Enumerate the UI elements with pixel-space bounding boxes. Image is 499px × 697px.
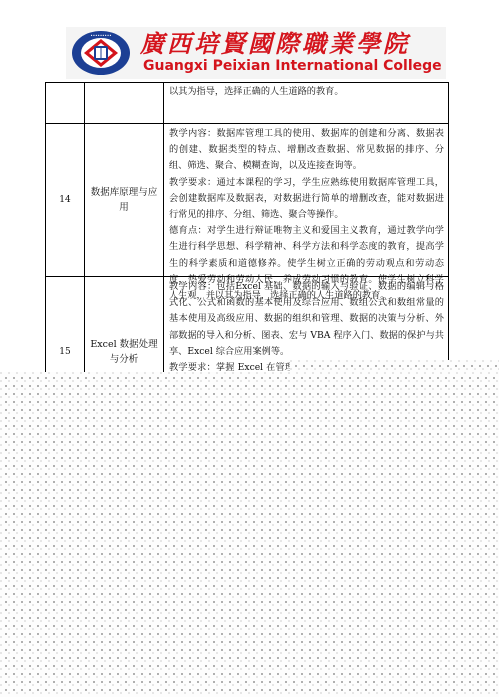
course-number-cell: 14 <box>45 124 85 277</box>
table-row: 以其为指导，选择正确的人生道路的教育。 <box>45 82 449 124</box>
college-emblem-icon: ••••••••• <box>70 29 132 77</box>
course-description-cell: 教学内容：数据库管理工具的使用、数据库的创建和分离、数据表的创建、数据类型的特点… <box>164 124 449 277</box>
course-number-cell <box>45 82 85 124</box>
teaching-content-paragraph: 教学内容：包括Excel 基础、数据的输入与验证、数据的编辑与格式化、公式和函数… <box>169 279 444 360</box>
college-name-chinese: 廣西培賢國際職業學院 <box>140 30 440 58</box>
course-name-cell <box>85 82 164 124</box>
college-name-english: Guangxi Peixian International College <box>143 57 443 75</box>
teaching-requirements-paragraph: 教学要求：通过本课程的学习，学生应熟练使用数据库管理工具，会创建数据库及数据表，… <box>169 175 444 224</box>
unloaded-region-overlay <box>0 372 499 697</box>
table-row: 14 数据库原理与应用 教学内容：数据库管理工具的使用、数据库的创建和分离、数据… <box>45 124 449 277</box>
course-description-cell: 以其为指导，选择正确的人生道路的教育。 <box>164 82 449 124</box>
college-header-banner: ••••••••• 廣西培賢國際職業學院 Guangxi Peixian Int… <box>66 27 446 79</box>
description-paragraph: 以其为指导，选择正确的人生道路的教育。 <box>169 84 444 100</box>
course-name-cell: 数据库原理与应用 <box>85 124 164 277</box>
teaching-content-paragraph: 教学内容：数据库管理工具的使用、数据库的创建和分离、数据表的创建、数据类型的特点… <box>169 126 444 175</box>
svg-text:•••••••••: ••••••••• <box>90 33 111 38</box>
